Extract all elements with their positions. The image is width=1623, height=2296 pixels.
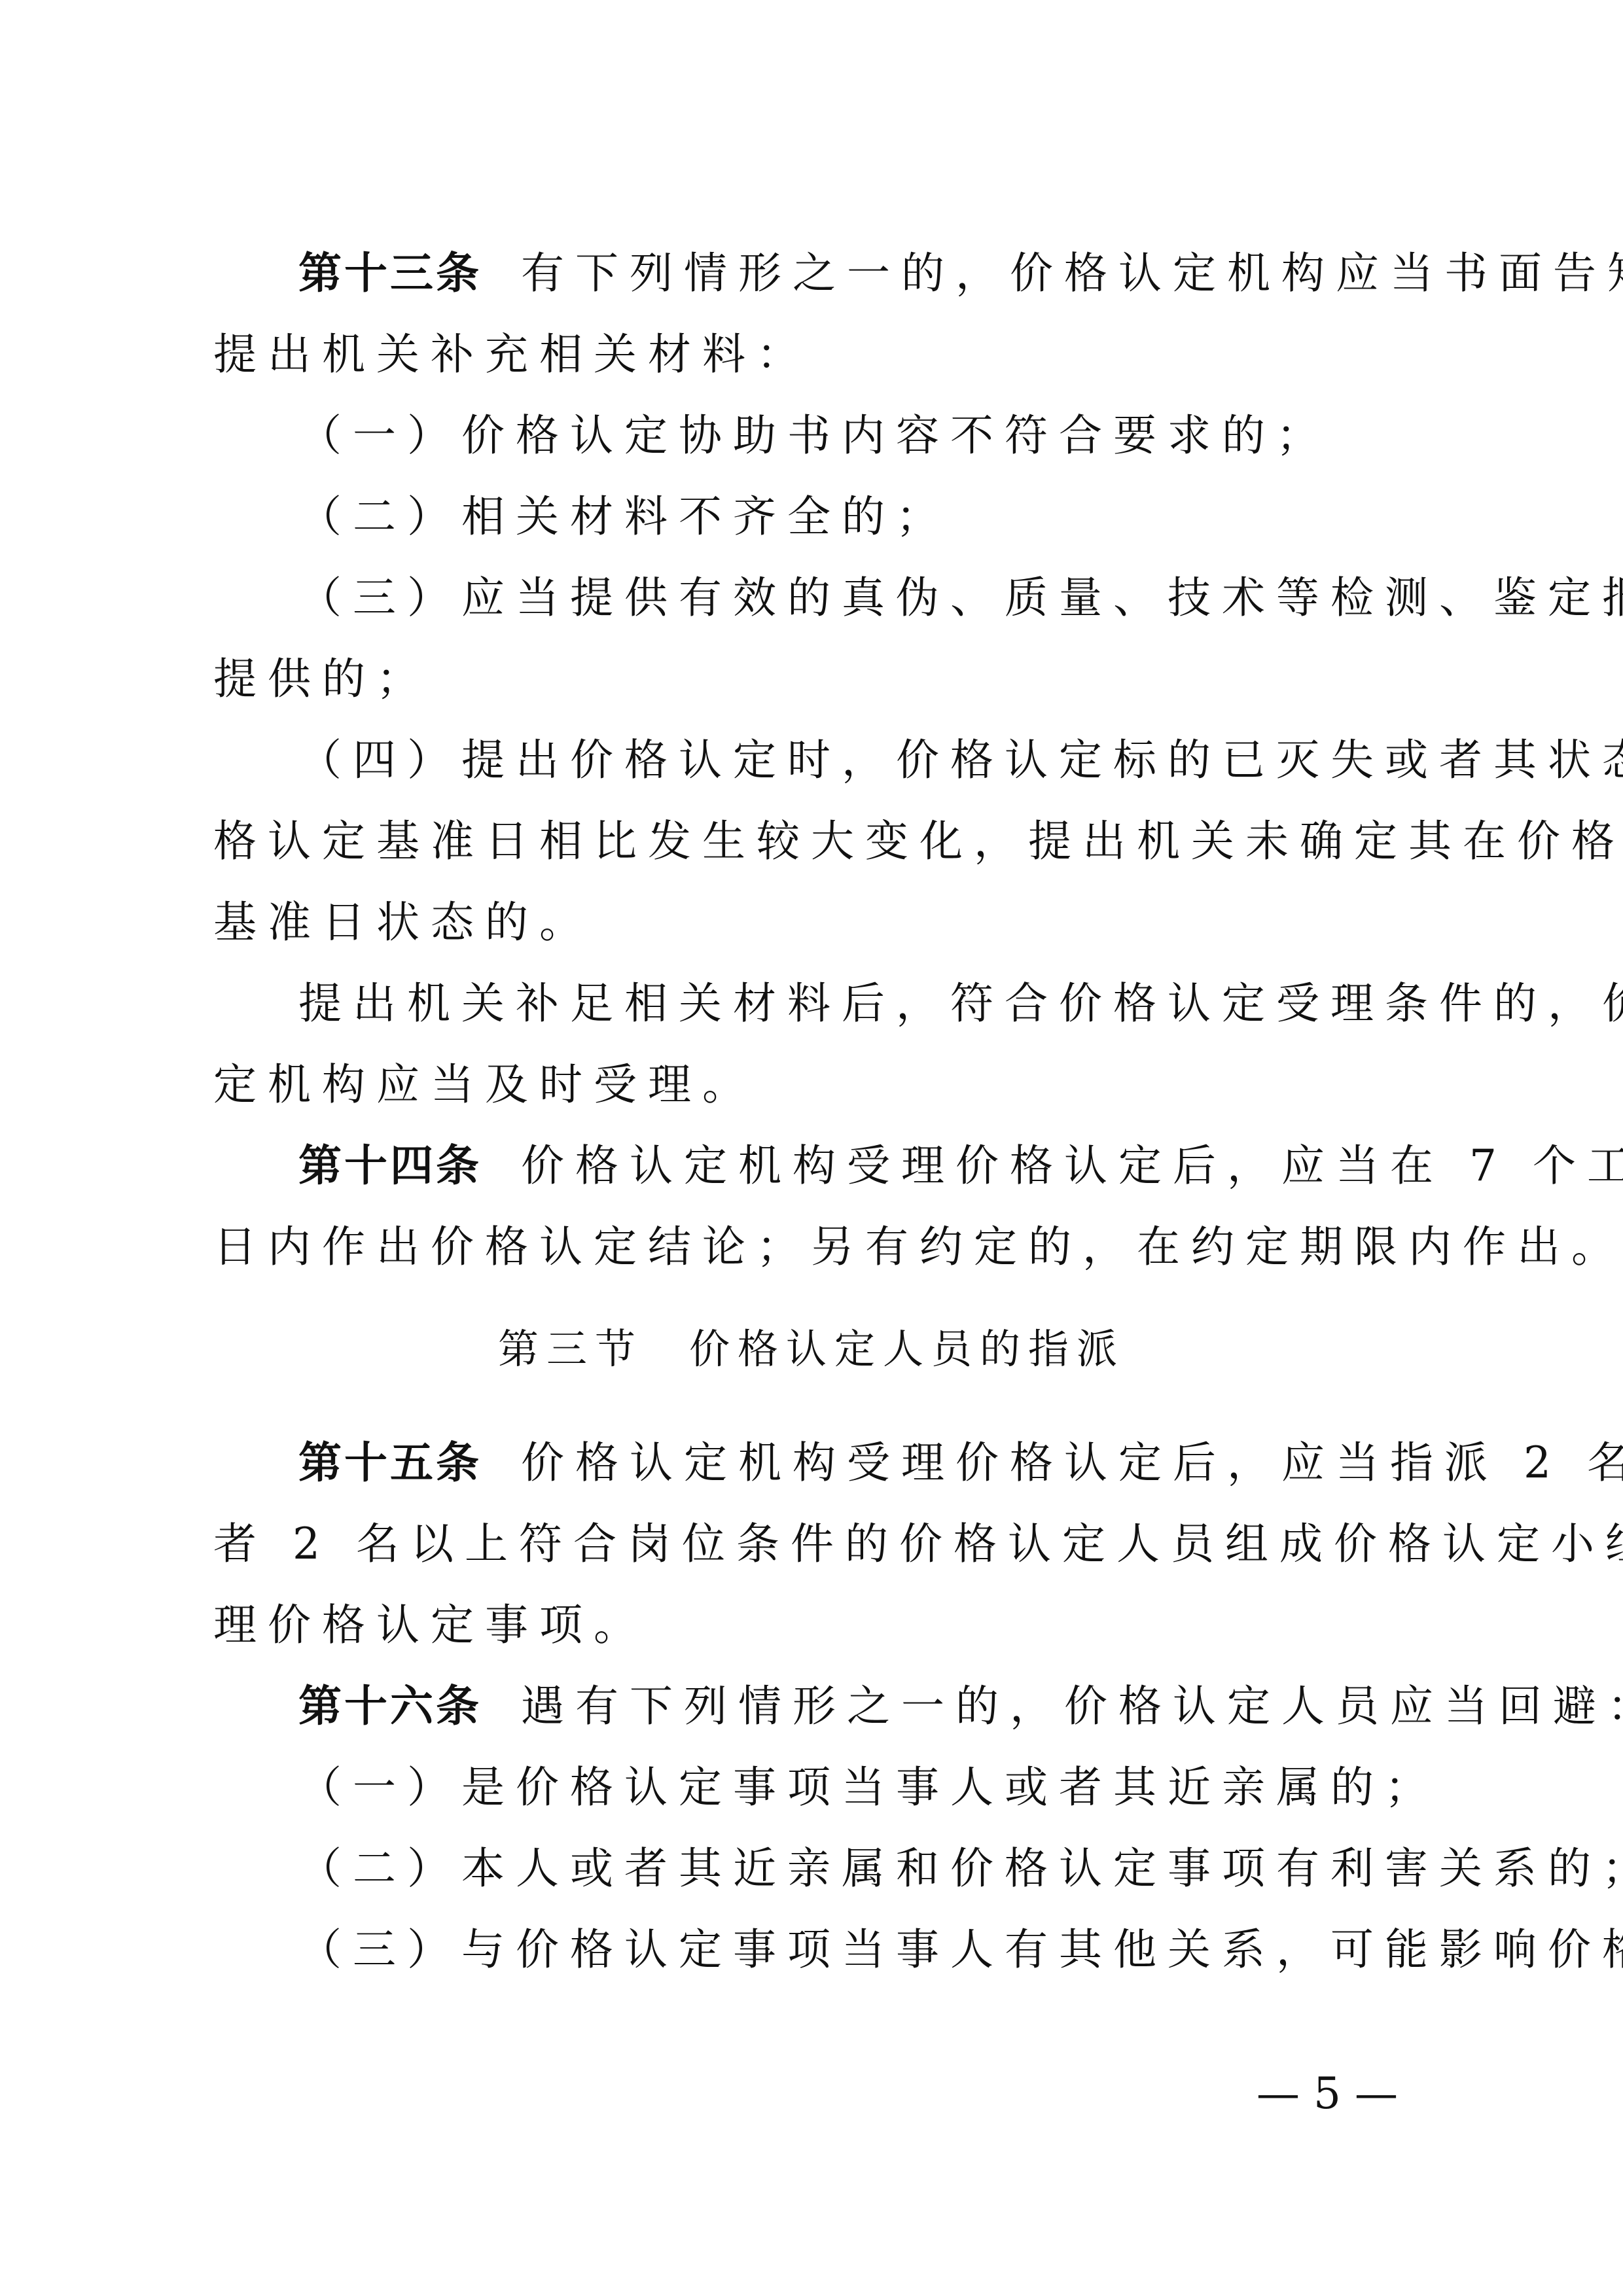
article-13-item-4-line-1: （四）提出价格认定时，价格认定标的已灭失或者其状态与价 bbox=[298, 734, 1496, 786]
article-16-item-1: （一）是价格认定事项当事人或者其近亲属的； bbox=[298, 1761, 1496, 1814]
article-13-closing-line-2: 定机构应当及时受理。 bbox=[213, 1059, 1411, 1111]
article-13-item-3-line-2: 提供的； bbox=[213, 653, 1411, 705]
article-15-line-3: 理价格认定事项。 bbox=[213, 1599, 1411, 1651]
section-number: 第三节 bbox=[498, 1325, 643, 1373]
article-13-line-1: 第十三条有下列情形之一的，价格认定机构应当书面告知 bbox=[298, 247, 1496, 300]
article-16-heading: 第十六条 bbox=[298, 1681, 482, 1731]
article-13-item-4-line-3: 基准日状态的。 bbox=[213, 896, 1411, 949]
article-14-line-1: 第十四条价格认定机构受理价格认定后，应当在 7 个工作 bbox=[298, 1140, 1496, 1192]
article-16-item-2: （二）本人或者其近亲属和价格认定事项有利害关系的； bbox=[298, 1843, 1496, 1895]
article-13-line-2: 提出机关补充相关材料： bbox=[213, 328, 1411, 381]
section-title: 价格认定人员的指派 bbox=[689, 1325, 1125, 1373]
article-13-heading: 第十三条 bbox=[298, 248, 482, 298]
article-13-item-1: （一）价格认定协助书内容不符合要求的； bbox=[298, 410, 1496, 462]
article-15-line-2: 者 2 名以上符合岗位条件的价格认定人员组成价格认定小组，办 bbox=[213, 1518, 1411, 1570]
article-13-item-3-line-1: （三）应当提供有效的真伪、质量、技术等检测、鉴定报告而未 bbox=[298, 572, 1496, 624]
section-heading: 第三节价格认定人员的指派 bbox=[0, 1323, 1623, 1375]
article-16-line-1: 第十六条遇有下列情形之一的，价格认定人员应当回避： bbox=[298, 1680, 1496, 1733]
article-14-heading: 第十四条 bbox=[298, 1140, 482, 1191]
article-13-item-4-line-2: 格认定基准日相比发生较大变化，提出机关未确定其在价格认定 bbox=[213, 815, 1411, 868]
article-16-item-3: （三）与价格认定事项当事人有其他关系，可能影响价格认定 bbox=[298, 1924, 1496, 1976]
article-13-item-2: （二）相关材料不齐全的； bbox=[298, 491, 1496, 543]
page-number: — 5 — bbox=[1257, 2068, 1398, 2120]
article-14-line-2: 日内作出价格认定结论；另有约定的，在约定期限内作出。 bbox=[213, 1221, 1411, 1273]
article-13-closing-line-1: 提出机关补足相关材料后，符合价格认定受理条件的，价格认 bbox=[298, 978, 1496, 1030]
document-page: 第十三条有下列情形之一的，价格认定机构应当书面告知 提出机关补充相关材料： （一… bbox=[0, 0, 1623, 2296]
article-15-line-1: 第十五条价格认定机构受理价格认定后，应当指派 2 名或 bbox=[298, 1437, 1496, 1489]
article-15-heading: 第十五条 bbox=[298, 1438, 482, 1488]
